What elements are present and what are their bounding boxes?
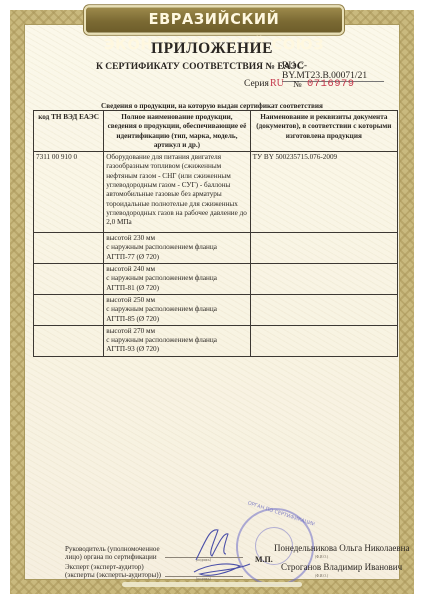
cell-description: высотой 270 мм с наружным расположением … [104, 325, 250, 356]
table-caption: Сведения о продукции, на которую выдан с… [0, 102, 424, 110]
cell-document [250, 264, 397, 295]
table-row: высотой 230 мм с наружным расположением … [34, 233, 398, 264]
signature-scribble-icon [188, 520, 258, 582]
series-value: RU [270, 78, 284, 89]
head-name: Понедельникова Ольга Николаевна [274, 543, 409, 553]
cell-code [34, 264, 104, 295]
head-name-hint: (Ф.И.О.) [315, 555, 328, 559]
table-row: высотой 240 мм с наружным расположением … [34, 264, 398, 295]
product-table: код ТН ВЭД ЕАЭС Полное наименование прод… [33, 110, 398, 357]
cell-document: ТУ BY 500235715.076-2009 [250, 152, 397, 233]
column-header-code: код ТН ВЭД ЕАЭС [34, 111, 104, 152]
certificate-label: К СЕРТИФИКАТУ СООТВЕТСТВИЯ № ЕАЭС [96, 62, 304, 72]
number-label: № [293, 79, 302, 89]
table-row: 7311 00 910 0 Оборудование для питания д… [34, 152, 398, 233]
column-header-document: Наименование и реквизиты документа (доку… [250, 111, 397, 152]
expert-label: Эксперт (эксперт-аудитор) (эксперты (экс… [65, 563, 161, 580]
document-title: ПРИЛОЖЕНИЕ [0, 40, 424, 58]
cell-description: высотой 250 мм с наружным расположением … [104, 294, 250, 325]
union-banner: ЕВРАЗИЙСКИЙ ЭКОНОМИЧЕСКИЙ СОЮЗ [84, 5, 344, 34]
cell-document [250, 233, 397, 264]
head-of-body-label: Руководитель (уполномоченное лицо) орган… [65, 545, 160, 562]
column-header-description: Полное наименование продукции, сведения … [104, 111, 250, 152]
series-label: Серия [244, 79, 269, 89]
cell-description: высотой 240 мм с наружным расположением … [104, 264, 250, 295]
expert-name: Строганов Владимир Иванович [281, 562, 402, 572]
expert-name-hint: (Ф.И.О.) [315, 574, 328, 578]
serial-number: 0716979 [307, 78, 355, 90]
table-row: высотой 250 мм с наружным расположением … [34, 294, 398, 325]
cell-document [250, 294, 397, 325]
table-header-row: код ТН ВЭД ЕАЭС Полное наименование прод… [34, 111, 398, 152]
cell-code [34, 325, 104, 356]
table-row: высотой 270 мм с наружным расположением … [34, 325, 398, 356]
printer-imprint [122, 582, 302, 587]
cell-description: Оборудование для питания двигателя газоо… [104, 152, 250, 233]
cell-document [250, 325, 397, 356]
cell-code: 7311 00 910 0 [34, 152, 104, 233]
cell-code [34, 294, 104, 325]
cell-description: высотой 230 мм с наружным расположением … [104, 233, 250, 264]
cell-code [34, 233, 104, 264]
